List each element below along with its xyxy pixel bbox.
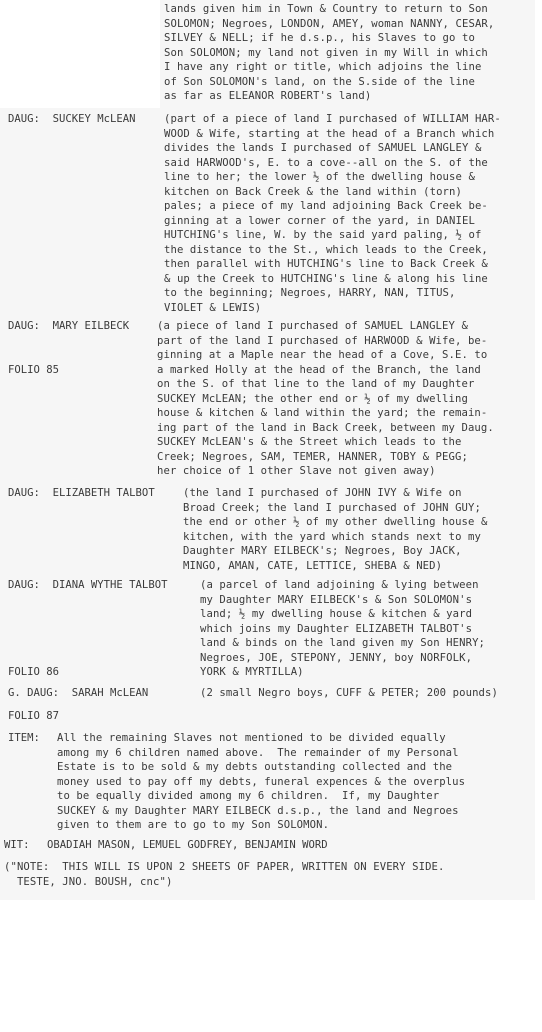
- text-line: I have any right or title, which adjoins…: [164, 60, 494, 75]
- text-line: which joins my Daughter ELIZABETH TALBOT…: [200, 622, 485, 637]
- page-margin: [0, 0, 160, 108]
- text-line: ing part of the land in Back Creek, betw…: [157, 421, 494, 436]
- text-line: on the S. of that line to the land of my…: [157, 377, 494, 392]
- text-line: lands given him in Town & Country to ret…: [164, 2, 494, 17]
- text-line: (a piece of land I purchased of SAMUEL L…: [157, 319, 494, 334]
- note-paragraph: ("NOTE: THIS WILL IS UPON 2 SHEETS OF PA…: [4, 860, 445, 889]
- text-line: SOLOMON; Negroes, LONDON, AMEY, woman NA…: [164, 17, 494, 32]
- text-line: VIOLET & LEWIS): [164, 301, 501, 316]
- text-line: ("NOTE: THIS WILL IS UPON 2 SHEETS OF PA…: [4, 860, 445, 875]
- entry-label-diana: DAUG: DIANA WYTHE TALBOT: [8, 578, 167, 593]
- text-line: kitchen on Back Creek & the land within …: [164, 185, 501, 200]
- text-line: YORK & MYRTILLA): [200, 665, 485, 680]
- text-line: Creek; Negroes, SAM, TEMER, HANNER, TOBY…: [157, 450, 494, 465]
- text-line: Estate is to be sold & my debts outstand…: [57, 760, 465, 775]
- text-line: SUCKEY McLEAN; the other end or ½ of my …: [157, 392, 494, 407]
- text-line: SUCKEY & my Daughter MARY EILBECK d.s.p.…: [57, 804, 465, 819]
- text-line: HUTCHING's line, W. by the said yard pal…: [164, 228, 501, 243]
- text-line: divides the lands I purchased of SAMUEL …: [164, 141, 501, 156]
- entry-text-elizabeth: (the land I purchased of JOHN IVY & Wife…: [183, 486, 487, 573]
- text-line: land & binds on the land given my Son HE…: [200, 636, 485, 651]
- text-line: her choice of 1 other Slave not given aw…: [157, 464, 494, 479]
- text-line: MINGO, AMAN, CATE, LETTICE, SHEBA & NED): [183, 559, 487, 574]
- text-line: then parallel with HUTCHING's line to Ba…: [164, 257, 501, 272]
- witness-label: WIT:: [4, 838, 30, 853]
- text-line: All the remaining Slaves not mentioned t…: [57, 731, 465, 746]
- text-line: Broad Creek; the land I purchased of JOH…: [183, 501, 487, 516]
- text-line: line to her; the lower ½ of the dwelling…: [164, 170, 501, 185]
- text-line: as far as ELEANOR ROBERT's land): [164, 89, 494, 104]
- item-paragraph: All the remaining Slaves not mentioned t…: [57, 731, 465, 833]
- folio-85: FOLIO 85: [8, 363, 59, 378]
- text-line: TESTE, JNO. BOUSH, cnc"): [4, 875, 445, 890]
- entry-text-sarah: (2 small Negro boys, CUFF & PETER; 200 p…: [200, 686, 498, 701]
- text-line: part of the land I purchased of HARWOOD …: [157, 334, 494, 349]
- text-line: to the beginning; Negroes, HARRY, NAN, T…: [164, 286, 501, 301]
- witness-names: OBADIAH MASON, LEMUEL GODFREY, BENJAMIN …: [47, 838, 328, 853]
- text-line: the end or other ½ of my other dwelling …: [183, 515, 487, 530]
- text-line: of Son SOLOMON's land, on the S.side of …: [164, 75, 494, 90]
- text-line: (a parcel of land adjoining & lying betw…: [200, 578, 485, 593]
- item-label: ITEM:: [8, 731, 40, 746]
- text-line: (2 small Negro boys, CUFF & PETER; 200 p…: [200, 686, 498, 701]
- continuation-paragraph: lands given him in Town & Country to ret…: [164, 2, 494, 104]
- text-line: Son SOLOMON; my land not given in my Wil…: [164, 46, 494, 61]
- text-line: to be equally divided among my 6 childre…: [57, 789, 465, 804]
- entry-text-suckey: (part of a piece of land I purchased of …: [164, 112, 501, 315]
- entry-label-elizabeth: DAUG: ELIZABETH TALBOT: [8, 486, 155, 501]
- entry-label-sarah: G. DAUG: SARAH McLEAN: [8, 686, 148, 701]
- text-line: & up the Creek to HUTCHING's line & alon…: [164, 272, 501, 287]
- folio-86: FOLIO 86: [8, 665, 59, 680]
- folio-87: FOLIO 87: [8, 709, 59, 724]
- text-line: among my 6 children named above. The rem…: [57, 746, 465, 761]
- text-line: the distance to the St., which leads to …: [164, 243, 501, 258]
- text-line: Daughter MARY EILBECK's; Negroes, Boy JA…: [183, 544, 487, 559]
- text-line: SILVEY & NELL; if he d.s.p., his Slaves …: [164, 31, 494, 46]
- entry-label-mary: DAUG: MARY EILBECK: [8, 319, 129, 334]
- text-line: (the land I purchased of JOHN IVY & Wife…: [183, 486, 487, 501]
- text-line: ginning at a lower corner of the yard, i…: [164, 214, 501, 229]
- entry-label-suckey: DAUG: SUCKEY McLEAN: [8, 112, 136, 127]
- text-line: kitchen, with the yard which stands next…: [183, 530, 487, 545]
- text-line: said HARWOOD's, E. to a cove--all on the…: [164, 156, 501, 171]
- text-line: pales; a piece of my land adjoining Back…: [164, 199, 501, 214]
- text-line: given to them are to go to my Son SOLOMO…: [57, 818, 465, 833]
- text-line: Negroes, JOE, STEPONY, JENNY, boy NORFOL…: [200, 651, 485, 666]
- entry-text-diana: (a parcel of land adjoining & lying betw…: [200, 578, 485, 680]
- text-line: money used to pay off my debts, funeral …: [57, 775, 465, 790]
- text-line: ginning at a Maple near the head of a Co…: [157, 348, 494, 363]
- text-line: WOOD & Wife, starting at the head of a B…: [164, 127, 501, 142]
- text-line: (part of a piece of land I purchased of …: [164, 112, 501, 127]
- text-line: land; ½ my dwelling house & kitchen & ya…: [200, 607, 485, 622]
- text-line: my Daughter MARY EILBECK's & Son SOLOMON…: [200, 593, 485, 608]
- entry-text-mary: (a piece of land I purchased of SAMUEL L…: [157, 319, 494, 479]
- text-line: SUCKEY McLEAN's & the Street which leads…: [157, 435, 494, 450]
- text-line: a marked Holly at the head of the Branch…: [157, 363, 494, 378]
- text-line: house & kitchen & land within the yard; …: [157, 406, 494, 421]
